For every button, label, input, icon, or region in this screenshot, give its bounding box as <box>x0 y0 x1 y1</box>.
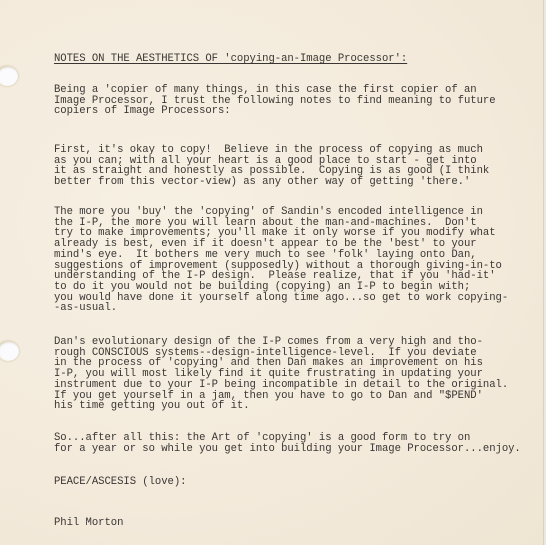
paragraph-evolutionary-design: Dan's evolutionary design of the I-P com… <box>54 337 508 412</box>
closing-line: PEACE/ASCESIS (love): <box>54 477 186 488</box>
paragraph-intro: Being a 'copier of many things, in this … <box>54 85 496 117</box>
binder-hole-top <box>0 66 18 86</box>
signature: Phil Morton <box>54 518 123 529</box>
document-title: NOTES ON THE AESTHETICS OF 'copying-an-I… <box>54 54 407 65</box>
paragraph-okay-to-copy: First, it's okay to copy! Believe in the… <box>54 145 489 188</box>
binder-hole-middle <box>0 341 19 361</box>
paragraph-conclusion: So...after all this: the Art of 'copying… <box>54 433 521 454</box>
paragraph-buy-the-copying: The more you 'buy' the 'copying' of Sand… <box>54 207 508 314</box>
typewritten-page: NOTES ON THE AESTHETICS OF 'copying-an-I… <box>0 0 543 545</box>
